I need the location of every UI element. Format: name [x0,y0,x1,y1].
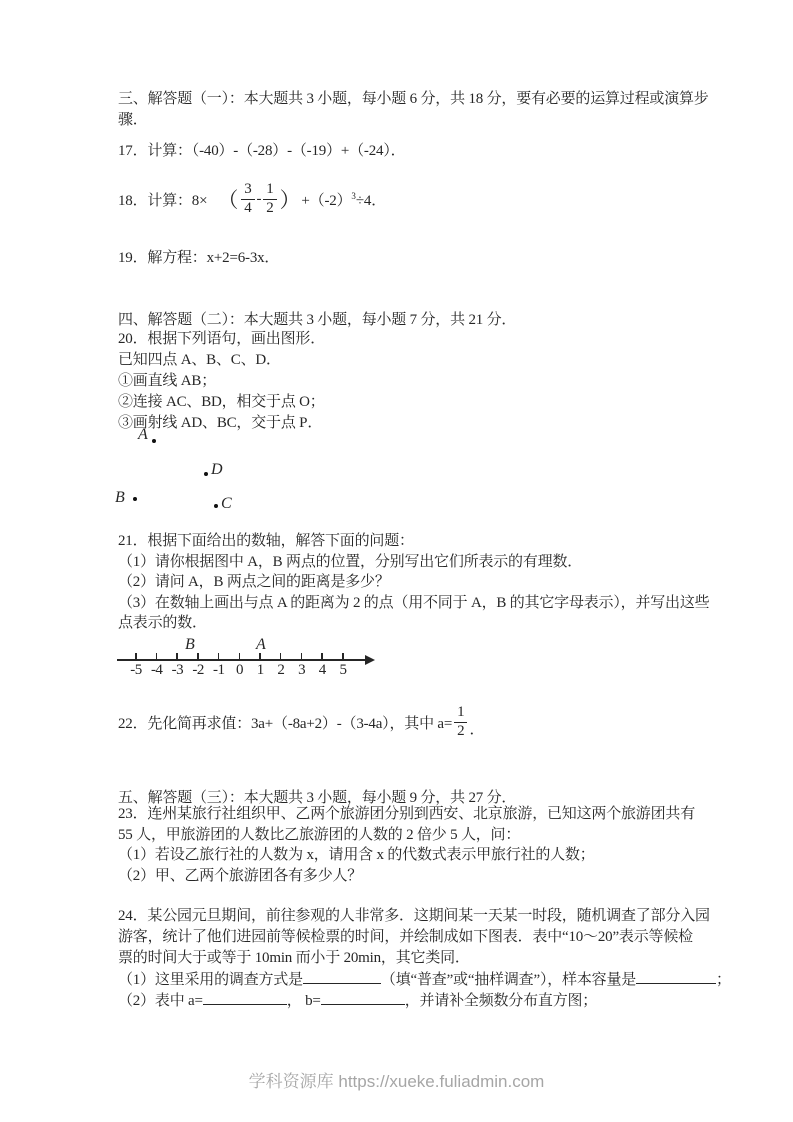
question-23-part1: （1）若设乙旅行社的人数为 x，请用含 x 的代数式表示甲旅行社的人数； [118,845,695,866]
question-20-step1: ①画直线 AB； [118,371,325,392]
point-dot-d [204,472,208,476]
fraction-denominator: 2 [454,723,467,740]
point-label-a: A [138,426,148,444]
numberline-axis-line [117,659,367,661]
point-label-c: C [221,495,232,513]
numberline-tick [259,653,261,659]
left-paren: （ [217,184,238,214]
question-24-part2: （2）表中 a=， b=，并请补全频数分布直方图； [118,990,731,1011]
answer-blank-a-value [203,990,287,1005]
fraction-numerator: 3 [241,182,254,200]
question-21: 21．根据下面给出的数轴，解答下面的问题： （1）请你根据图中 A，B 两点的位… [118,531,709,634]
minus-operator: - [257,191,262,208]
question-19: 19．解方程：x+2=6-3x． [118,246,279,267]
page-footer-watermark: 学科资源库 https://xueke.fuliadmin.com [0,1067,793,1092]
section-3-heading-line2: 骤． [118,110,709,131]
section-3-heading: 三、解答题（一）：本大题共 3 小题，每小题 6 分，共 18 分，要有必要的运… [118,89,709,130]
numberline-tick [176,653,178,659]
point-dot-c [214,504,218,508]
numberline-tick [301,653,303,659]
point-dot-b [133,497,137,501]
numberline-tick-label: 5 [332,662,354,679]
numberline-tick [135,653,137,659]
question-21-part3-cont: 点表示的数． [118,613,709,634]
question-20-step3: ③画射线 AD、BC，交于点 P． [118,413,325,434]
numberline-tick-label: -2 [187,662,209,679]
point-dot-a [152,439,156,443]
numberline-point-b-label: B [185,636,195,654]
fraction-numerator: 1 [454,705,467,723]
numberline-tick-label: 2 [270,662,292,679]
numberline-tick [197,653,199,659]
fraction-one-half: 12 [454,705,467,740]
numberline-tick [280,653,282,659]
question-24-part1-text3: ； [716,972,731,988]
question-24-part1-text2: （填“普查”或“抽样调查”），样本容量是 [381,972,636,988]
numberline-tick-label: -3 [166,662,188,679]
question-23-part2: （2）甲、乙两个旅游团各有多少人？ [118,866,695,887]
question-23: 23．连州某旅行社组织甲、乙两个旅游团分别到西安、北京旅游，已知这两个旅游团共有… [118,804,695,886]
numberline-tick-label: -4 [146,662,168,679]
question-20-line1: 20．根据下列语句，画出图形． [118,329,325,350]
question-24-line3: 票的时间大于或等于 10min 而小于 20min，其它类同． [118,948,731,969]
answer-blank-survey-method [303,969,381,984]
question-22: 22．先化简再求值：3a+（-8a+2）-（3-4a），其中 a= 12 ． [118,700,484,744]
question-18-mid: +（-2） [301,193,351,209]
answer-blank-sample-size [636,969,716,984]
point-label-d: D [211,461,223,479]
point-label-b: B [115,489,125,507]
numberline-tick-label: 4 [311,662,333,679]
question-21-part2: （2）请问 A，B 两点之间的距离是多少？ [118,572,709,593]
numberline-tick [342,653,344,659]
question-24-part2-text1: （2）表中 a= [118,993,203,1009]
numberline-arrowhead [365,655,375,665]
question-18-suffix: +（-2）3÷4． [301,189,386,210]
question-20-step2: ②连接 AC、BD，相交于点 O； [118,392,325,413]
numberline-tick-label: -5 [125,662,147,679]
numberline-tick [239,653,241,659]
section-3-heading-line1: 三、解答题（一）：本大题共 3 小题，每小题 6 分，共 18 分，要有必要的运… [118,89,709,110]
numberline-tick-label: 1 [249,662,271,679]
section-4-heading: 四、解答题（二）：本大题共 3 小题，每小题 7 分，共 21 分． [118,308,516,329]
fraction-denominator: 2 [263,200,276,217]
numberline-tick-label: -1 [208,662,230,679]
question-21-part3: （3）在数轴上画出与点 A 的距离为 2 的点（用不同于 A，B 的其它字母表示… [118,593,709,614]
fraction-denominator: 4 [241,200,254,217]
question-18: 18．计算：8× （ 34 - 12 ） +（-2）3÷4． [118,177,386,221]
question-24-line2: 游客，统计了他们进园前等候检票的时间，并绘制成如下图表．表中“10～20”表示等… [118,927,731,948]
question-22-text: 22．先化简再求值：3a+（-8a+2）-（3-4a），其中 a= [118,712,452,733]
question-20-line2: 已知四点 A、B、C、D． [118,350,325,371]
question-18-end: ÷4． [356,193,386,209]
numberline-tick [218,653,220,659]
question-24-part1: （1）这里采用的调查方式是（填“普查”或“抽样调查”），样本容量是； [118,969,731,990]
numberline-tick-label: 0 [229,662,251,679]
question-18-prefix: 18．计算：8× [118,189,207,210]
question-23-line2: 55 人，甲旅游团的人数比乙旅游团的人数的 2 倍少 5 人，问： [118,825,695,846]
numberline-tick-label: 3 [291,662,313,679]
fraction-three-fourths: 34 [241,182,254,217]
question-24-part2-text2: ， b= [287,993,321,1009]
question-24: 24．某公园元旦期间，前往参观的人非常多．这期间某一天某一时段，随机调查了部分入… [118,906,731,1011]
right-paren: ） [280,184,301,214]
numberline: B A -5 -4 -3 -2 -1 0 1 2 3 4 5 [115,634,395,684]
answer-blank-b-value [321,990,405,1005]
exam-page: 三、解答题（一）：本大题共 3 小题，每小题 6 分，共 18 分，要有必要的运… [0,0,793,1122]
question-24-part2-text3: ，并请补全频数分布直方图； [405,993,597,1009]
question-21-part1: （1）请你根据图中 A，B 两点的位置，分别写出它们所表示的有理数． [118,552,709,573]
question-17: 17．计算：（-40）-（-28）-（-19）+（-24）． [118,139,405,160]
question-20: 20．根据下列语句，画出图形． 已知四点 A、B、C、D． ①画直线 AB； ②… [118,329,325,434]
numberline-point-a-label: A [256,636,266,654]
question-24-part1-text1: （1）这里采用的调查方式是 [118,972,303,988]
numberline-tick [156,653,158,659]
numberline-tick [321,653,323,659]
question-21-line1: 21．根据下面给出的数轴，解答下面的问题： [118,531,709,552]
fraction-numerator: 1 [263,182,276,200]
question-24-line1: 24．某公园元旦期间，前往参观的人非常多．这期间某一天某一时段，随机调查了部分入… [118,906,731,927]
question-22-period: ． [469,718,484,744]
fraction-one-half: 12 [263,182,276,217]
question-23-line1: 23．连州某旅行社组织甲、乙两个旅游团分别到西安、北京旅游，已知这两个旅游团共有 [118,804,695,825]
